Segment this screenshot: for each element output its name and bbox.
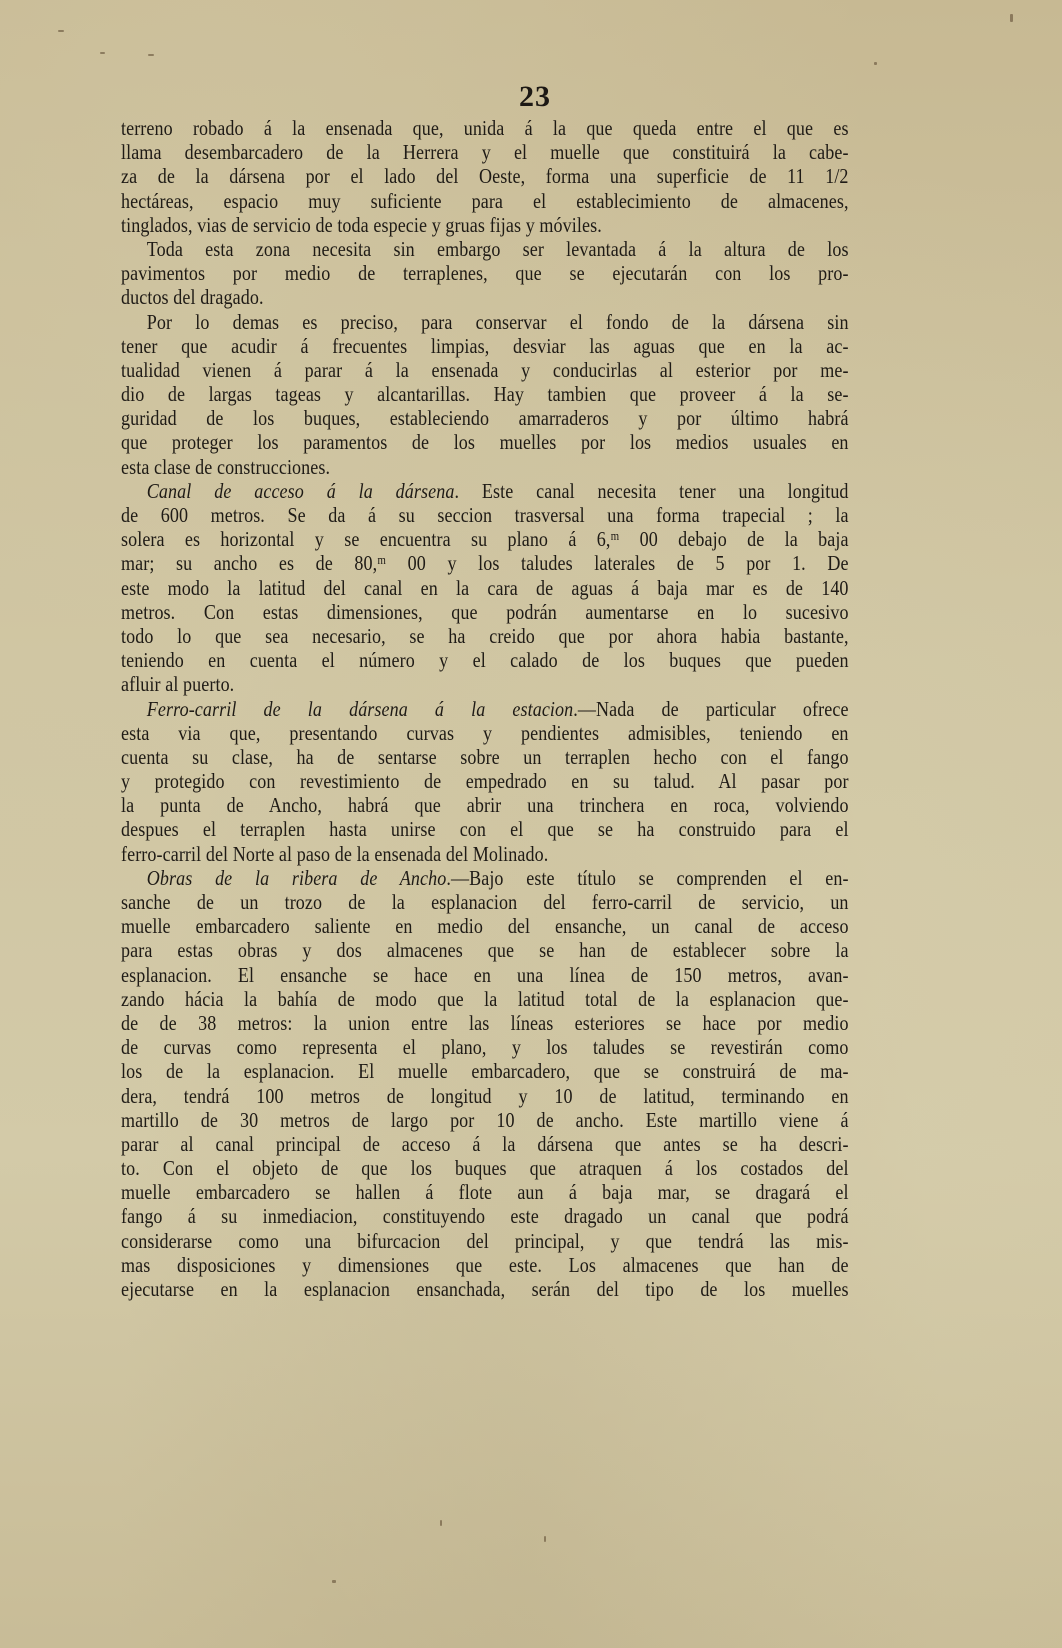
text-line: Ferro-carril de la dársena á la estacion… [121,697,849,721]
text-line: tener que acudir á frecuentes limpias, d… [121,334,849,358]
paragraph-obras-ribera: Obras de la ribera de Ancho.—Bajo este t… [121,866,849,1301]
paper-speck [100,52,105,54]
paper-speck [58,30,64,32]
text-line: ejecutarse en la esplanacion ensanchada,… [121,1277,849,1301]
text-line: to. Con el objeto de que los buques que … [121,1156,849,1180]
paragraph-canal-de-acceso: Canal de acceso á la dársena. Este canal… [121,479,849,697]
text-line: esplanacion. El ensanche se hace en una … [121,963,849,987]
paper-speck [148,54,154,56]
text-line: solera es horizontal y se encuentra su p… [121,527,849,551]
text-line: terreno robado á la ensenada que, unida … [121,116,849,140]
text-line: para estas obras y dos almacenes que se … [121,938,849,962]
text-line: tualidad vienen á parar á la ensenada y … [121,358,849,382]
text-line: dera, tendrá 100 metros de longitud y 10… [121,1084,849,1108]
text-line: muelle embarcadero saliente en medio del… [121,914,849,938]
text-line: za de la dársena por el lado del Oeste, … [121,164,849,188]
text-line: ferro-carril del Norte al paso de la ens… [121,842,849,866]
text-line: de de 38 metros: la union entre las líne… [121,1011,849,1035]
text-run: .—Nada de particular ofrece [573,697,848,721]
text-line: llama desembarcadero de la Herrera y el … [121,140,849,164]
paper-speck [440,1520,442,1526]
text-line: fango á su inmediacion, constituyendo es… [121,1204,849,1228]
paper-speck [332,1580,336,1583]
text-line: ductos del dragado. [121,285,849,309]
section-heading: Ferro-carril de la dársena á la estacion [147,697,573,721]
text-line: despues el terraplen hasta unirse con el… [121,817,849,841]
text-line: guridad de los buques, estableciendo ama… [121,406,849,430]
text-run: . Este canal necesita tener una longitud [454,479,848,503]
text-line: este modo la latitud del canal en la car… [121,576,849,600]
text-line: martillo de 30 metros de largo por 10 de… [121,1108,849,1132]
paragraph-2: Toda esta zona necesita sin embargo ser … [121,237,849,310]
text-line: afluir al puerto. [121,672,849,696]
text-line: esta clase de construcciones. [121,455,849,479]
section-heading: Canal de acceso á la dársena [147,479,455,503]
text-line: mas disposiciones y dimensiones que este… [121,1253,849,1277]
text-line: hectáreas, espacio muy suficiente para e… [121,189,849,213]
paragraph-1: terreno robado á la ensenada que, unida … [121,116,849,237]
text-line: y protegido con revestimiento de empedra… [121,769,849,793]
text-line: zando hácia la bahía de modo que la lati… [121,987,849,1011]
text-line: los de la esplanacion. El muelle embarca… [121,1059,849,1083]
paper-speck [1010,14,1013,22]
paragraph-3: Por lo demas es preciso, para conservar … [121,310,849,479]
text-line: mar; su ancho es de 80,ᵐ 00 y los talude… [121,551,849,575]
text-run: .—Bajo este título se comprenden el en- [446,866,848,890]
text-line: dio de largas tageas y alcantarillas. Ha… [121,382,849,406]
body-text: terreno robado á la ensenada que, unida … [121,116,849,1301]
text-line: teniendo en cuenta el número y el calado… [121,648,849,672]
text-line: sanche de un trozo de la esplanacion del… [121,890,849,914]
text-line: que proteger los paramentos de los muell… [121,430,849,454]
text-line: de curvas como representa el plano, y lo… [121,1035,849,1059]
text-line: la punta de Ancho, habrá que abrir una t… [121,793,849,817]
page-number: 23 [0,80,1062,114]
paper-speck [874,62,877,65]
text-line: considerarse como una bifurcacion del pr… [121,1229,849,1253]
paper-speck [544,1536,546,1542]
paragraph-ferro-carril: Ferro-carril de la dársena á la estacion… [121,697,849,866]
text-line: Toda esta zona necesita sin embargo ser … [121,237,849,261]
scanned-document-page: 23 terreno robado á la ensenada que, uni… [0,0,1062,1648]
text-line: Obras de la ribera de Ancho.—Bajo este t… [121,866,849,890]
text-line: parar al canal principal de acceso á la … [121,1132,849,1156]
text-line: todo lo que sea necesario, se ha creido … [121,624,849,648]
text-line: Por lo demas es preciso, para conservar … [121,310,849,334]
text-line: esta via que, presentando curvas y pendi… [121,721,849,745]
text-line: metros. Con estas dimensiones, que podrá… [121,600,849,624]
text-line: cuenta su clase, ha de sentarse sobre un… [121,745,849,769]
text-line: Canal de acceso á la dársena. Este canal… [121,479,849,503]
text-line: muelle embarcadero se hallen á flote aun… [121,1180,849,1204]
section-heading: Obras de la ribera de Ancho [147,866,447,890]
text-line: de 600 metros. Se da á su seccion trasve… [121,503,849,527]
text-line: pavimentos por medio de terraplenes, que… [121,261,849,285]
text-line: tinglados, vias de servicio de toda espe… [121,213,849,237]
